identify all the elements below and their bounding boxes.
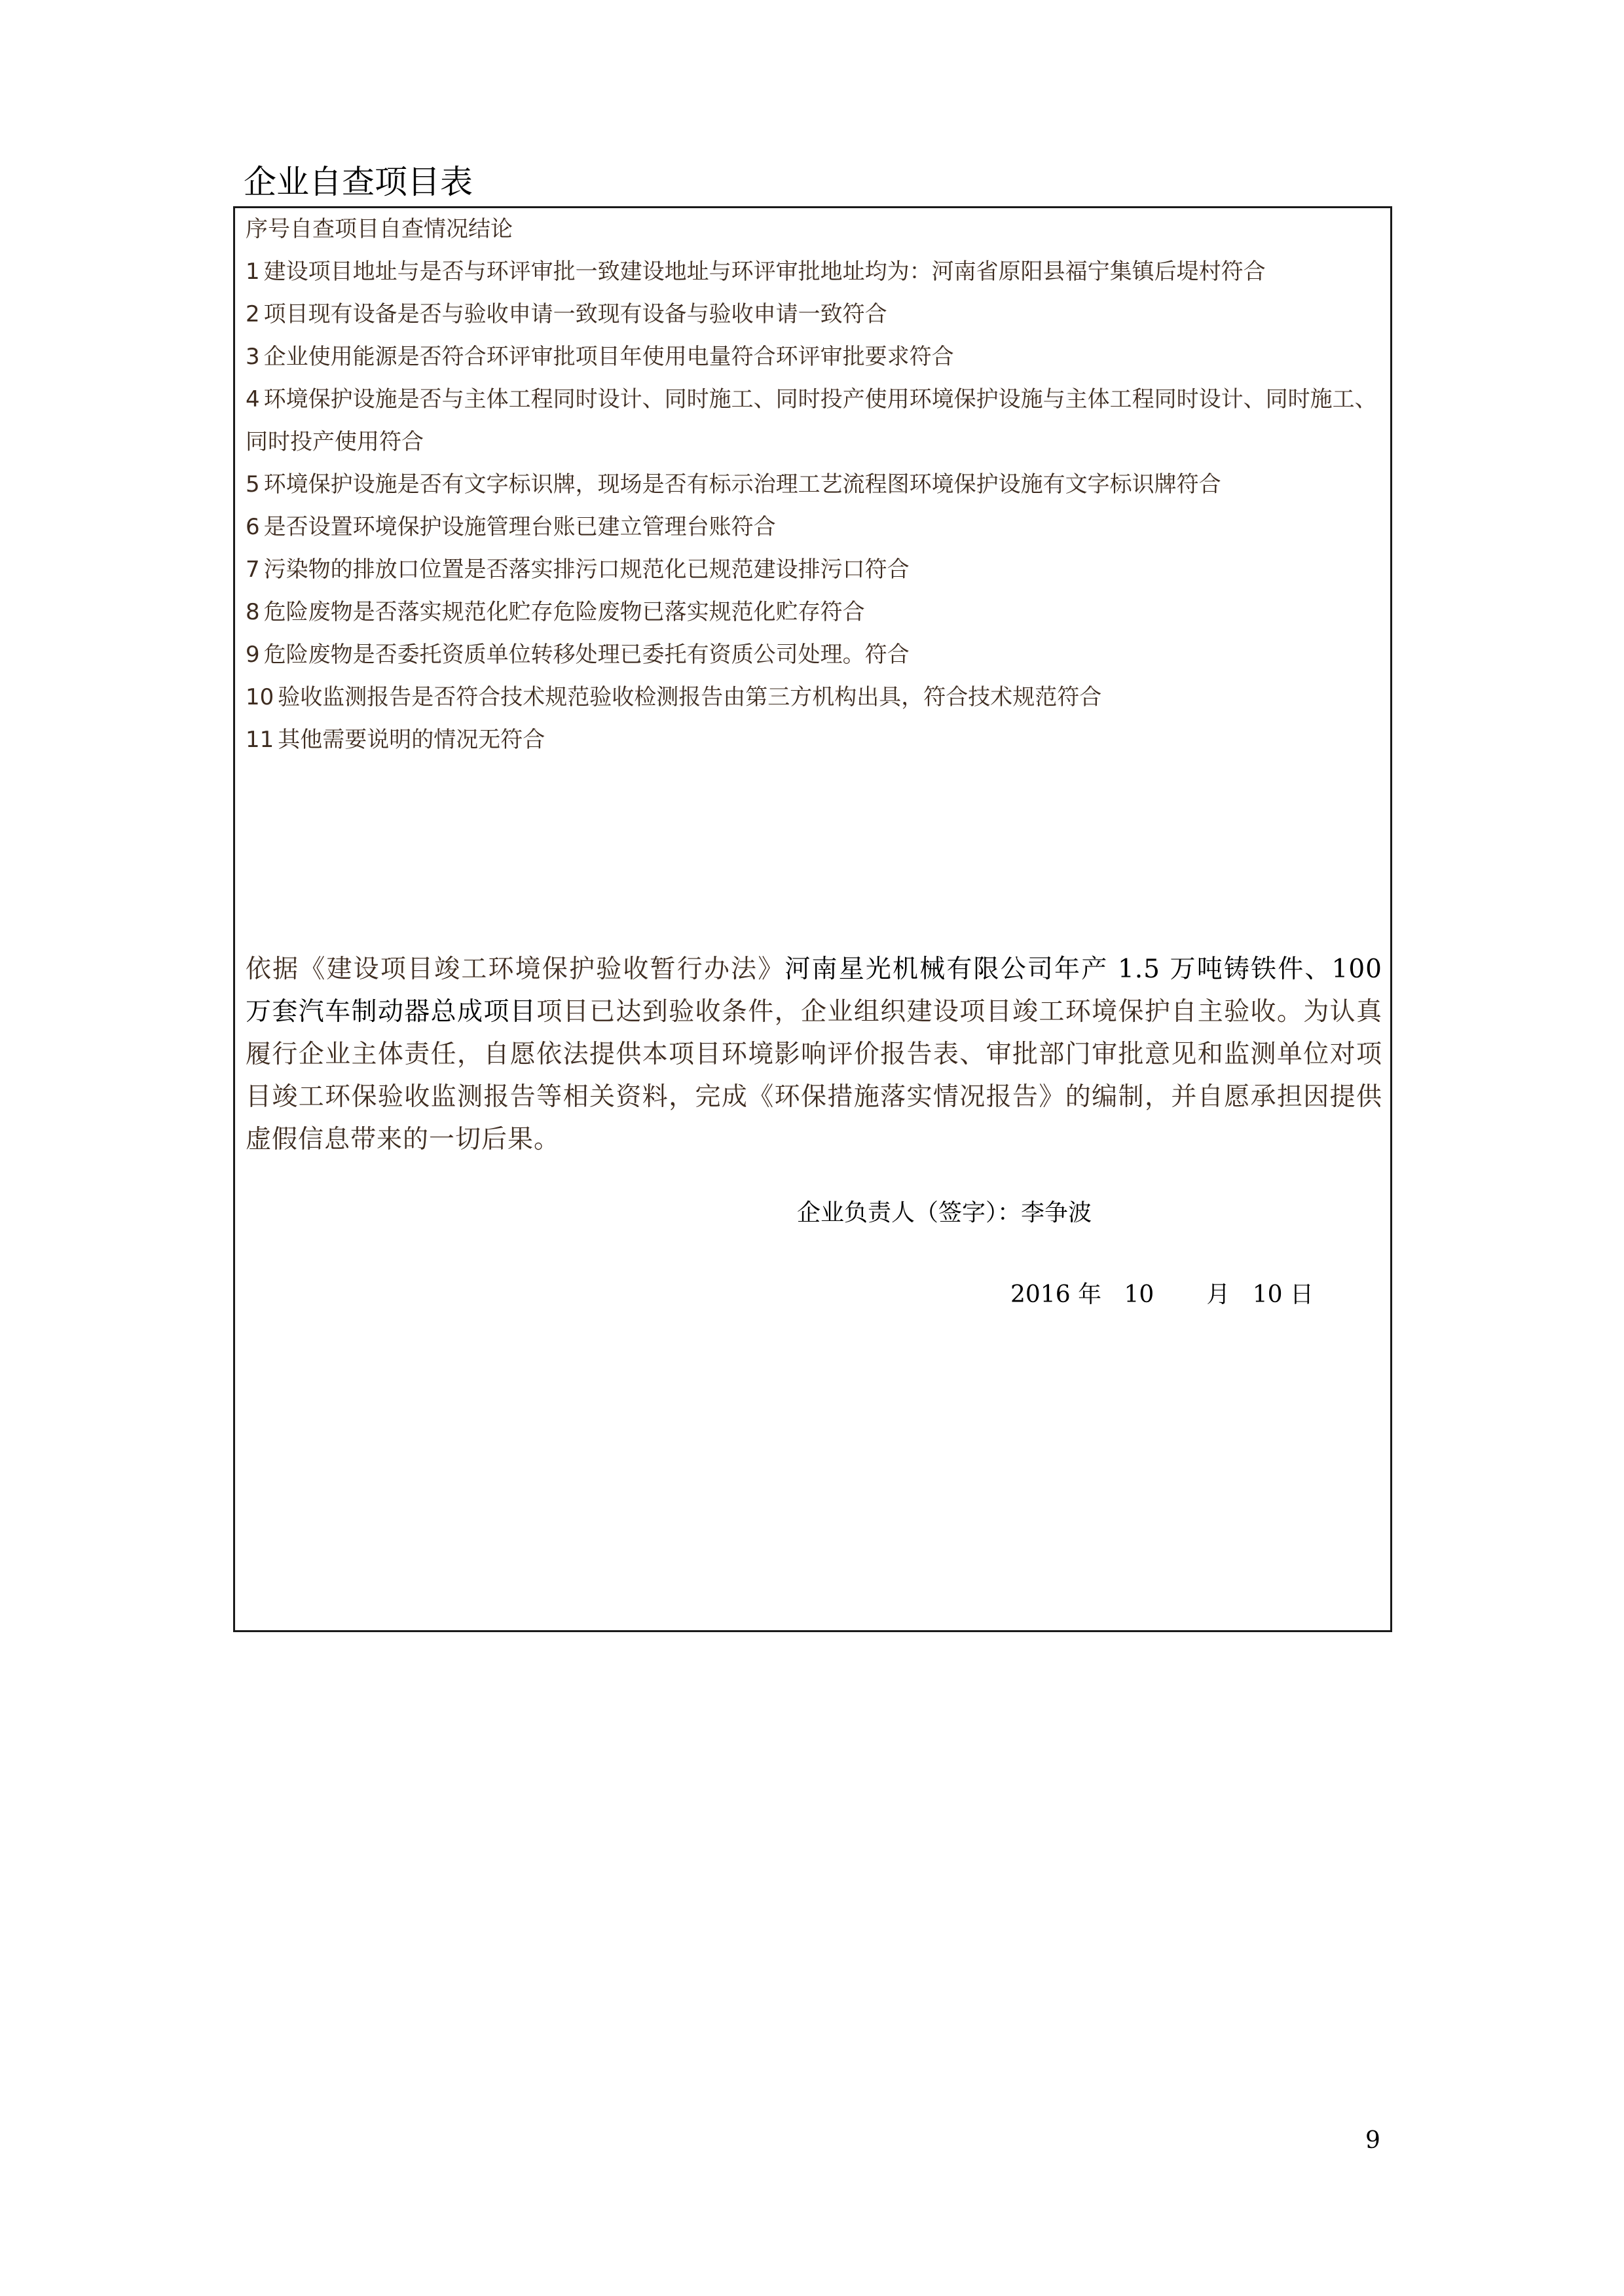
page-number: 9: [1365, 2124, 1380, 2157]
row-text: 建设项目地址与是否与环评审批一致建设地址与环评审批地址均为：河南省原阳县福宁集镇…: [264, 259, 1266, 285]
row-text: 企业使用能源是否符合环评审批项目年使用电量符合环评审批要求符合: [264, 344, 954, 370]
signature-label: 企业负责人（签字）：: [797, 1199, 1021, 1226]
row-text: 危险废物是否委托资质单位转移处理已委托有资质公司处理。符合: [264, 642, 910, 668]
row-text: 验收监测报告是否符合技术规范验收检测报告由第三方机构出具，符合技术规范符合: [278, 684, 1101, 710]
table-row: 10验收监测报告是否符合技术规范验收检测报告由第三方机构出具，符合技术规范符合: [246, 676, 1378, 719]
row-text: 污染物的排放口位置是否落实排污口规范化已规范建设排污口符合: [264, 556, 910, 583]
self-check-table: 序号自查项目自查情况结论 1建设项目地址与是否与环评审批一致建设地址与环评审批地…: [233, 206, 1392, 1632]
signature-line: 企业负责人（签字）：李争波: [797, 1194, 1092, 1233]
date-year-unit: 年: [1078, 1275, 1101, 1315]
row-number: 3: [246, 344, 260, 370]
self-check-rows: 序号自查项目自查情况结论 1建设项目地址与是否与环评审批一致建设地址与环评审批地…: [246, 208, 1378, 761]
signatory-name: 李争波: [1021, 1199, 1092, 1226]
table-row: 6是否设置环境保护设施管理台账已建立管理台账符合: [246, 506, 1378, 549]
date-year: 2016: [1010, 1275, 1071, 1315]
date-day-unit: 日: [1290, 1275, 1314, 1315]
declaration-paragraph: 依据《建设项目竣工环境保护验收暂行办法》河南星光机械有限公司年产 1.5 万吨铸…: [246, 948, 1382, 1161]
row-text: 危险废物是否落实规范化贮存危险废物已落实规范化贮存符合: [264, 599, 865, 625]
page-title: 企业自查项目表: [244, 161, 473, 203]
row-text: 其他需要说明的情况无符合: [278, 727, 545, 753]
row-text: 环境保护设施是否有文字标识牌，现场是否有标示治理工艺流程图环境保护设施有文字标识…: [264, 471, 1221, 498]
table-row: 9危险废物是否委托资质单位转移处理已委托有资质公司处理。符合: [246, 634, 1378, 676]
table-row: 3企业使用能源是否符合环评审批项目年使用电量符合环评审批要求符合: [246, 336, 1378, 378]
row-number: 5: [246, 471, 260, 498]
row-number: 7: [246, 556, 260, 583]
row-number: 6: [246, 514, 260, 540]
row-number: 9: [246, 642, 260, 668]
declaration-prefix: 依据《建设项目竣工环境保护验收暂行办法》: [246, 955, 784, 984]
row-number: 2: [246, 301, 260, 327]
row-number: 8: [246, 599, 260, 625]
row-text: 环境保护设施是否与主体工程同时设计、同时施工、同时投产使用环境保护设施与主体工程…: [246, 386, 1377, 455]
row-number: 1: [246, 259, 260, 285]
row-text: 项目现有设备是否与验收申请一致现有设备与验收申请一致符合: [264, 301, 887, 327]
row-number: 11: [246, 727, 274, 753]
row-number: 10: [246, 684, 274, 710]
table-row: 1建设项目地址与是否与环评审批一致建设地址与环评审批地址均为：河南省原阳县福宁集…: [246, 251, 1378, 293]
table-row: 7污染物的排放口位置是否落实排污口规范化已规范建设排污口符合: [246, 549, 1378, 591]
row-text: 是否设置环境保护设施管理台账已建立管理台账符合: [264, 514, 776, 540]
table-header-row: 序号自查项目自查情况结论: [246, 208, 1378, 251]
table-row: 5环境保护设施是否有文字标识牌，现场是否有标示治理工艺流程图环境保护设施有文字标…: [246, 464, 1378, 506]
table-row: 11其他需要说明的情况无符合: [246, 719, 1378, 761]
row-number: 4: [246, 386, 260, 412]
date-day: 10: [1253, 1275, 1283, 1315]
table-row: 2项目现有设备是否与验收申请一致现有设备与验收申请一致符合: [246, 293, 1378, 336]
date-month: 10: [1124, 1275, 1154, 1315]
table-row: 4环境保护设施是否与主体工程同时设计、同时施工、同时投产使用环境保护设施与主体工…: [246, 378, 1378, 464]
signature-date: 2016 年 10 月 10 日: [1010, 1275, 1314, 1315]
table-row: 8危险废物是否落实规范化贮存危险废物已落实规范化贮存符合: [246, 591, 1378, 634]
date-month-unit: 月: [1206, 1275, 1230, 1315]
